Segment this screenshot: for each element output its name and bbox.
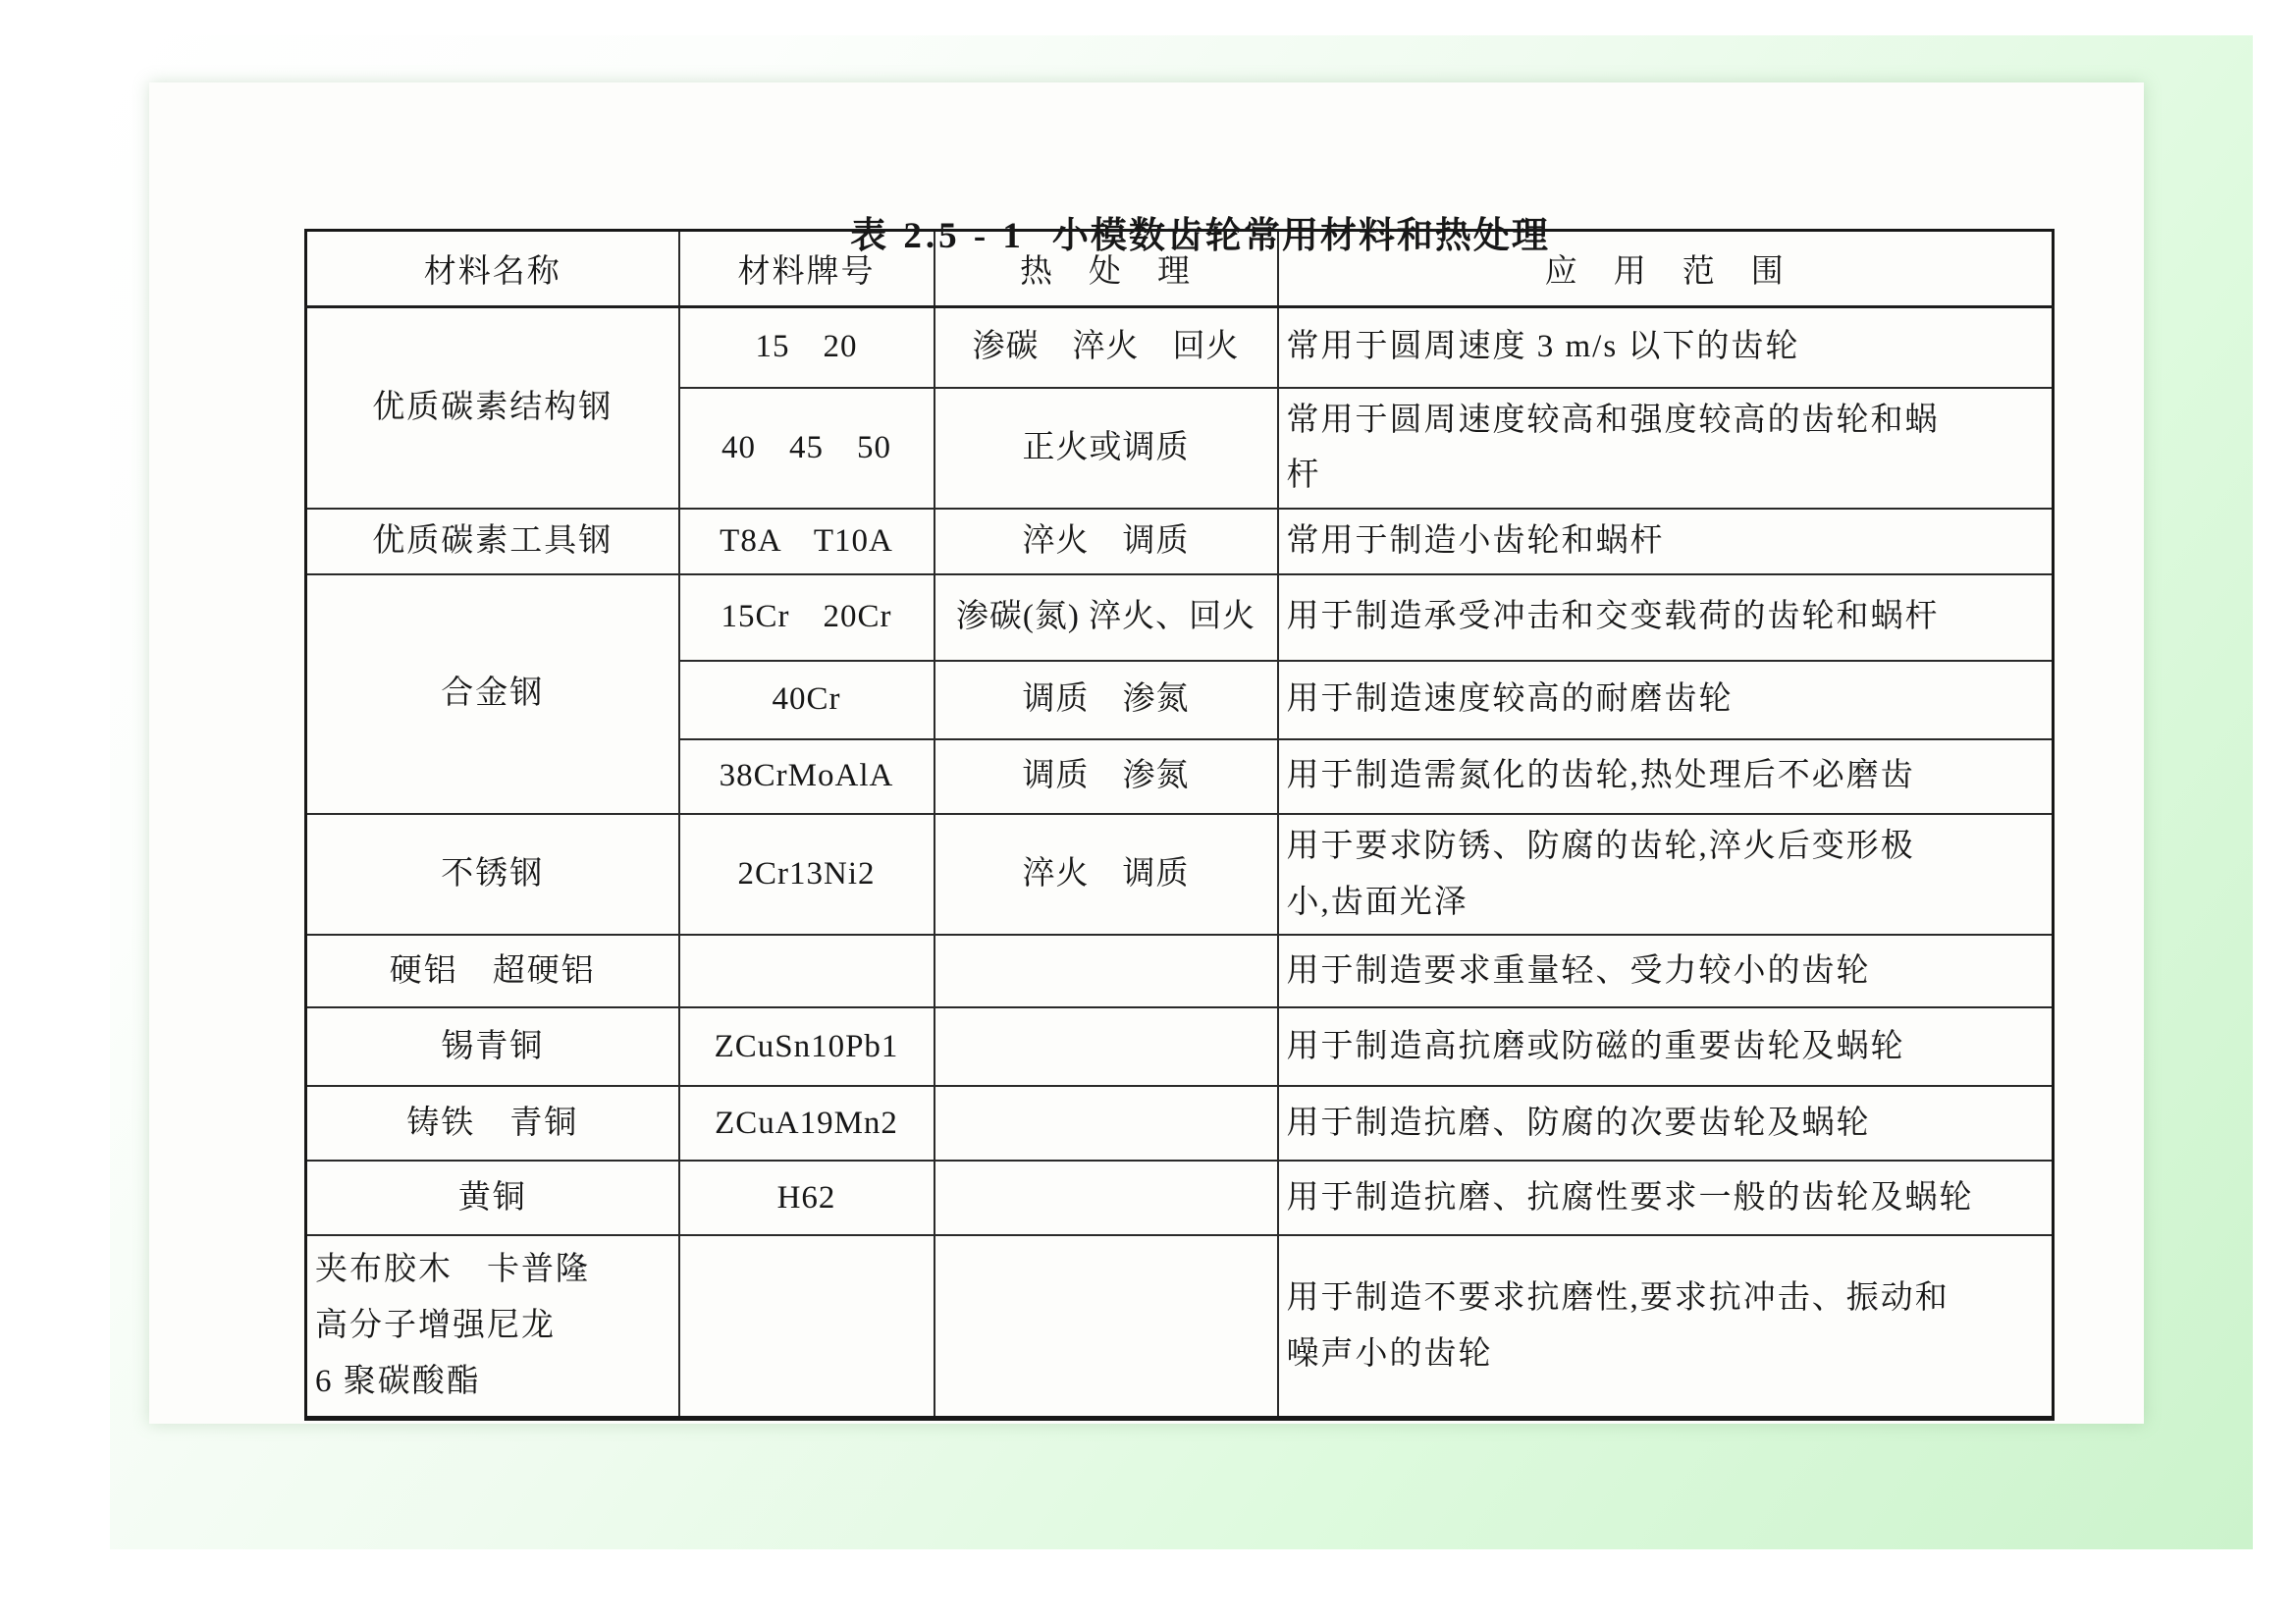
cell-treatment: 淬火 调质 xyxy=(934,814,1278,936)
table-row: 优质碳素工具钢 T8A T10A 淬火 调质 常用于制造小齿轮和蜗杆 xyxy=(306,509,2054,574)
col-header-application: 应 用 范 围 xyxy=(1278,231,2054,307)
cell-treatment: 调质 渗氮 xyxy=(934,739,1278,814)
table-row: 铸铁 青铜 ZCuA19Mn2 用于制造抗磨、防腐的次要齿轮及蜗轮 xyxy=(306,1086,2054,1161)
cell-grade: H62 xyxy=(679,1161,934,1235)
cell-application: 用于制造速度较高的耐磨齿轮 xyxy=(1278,661,2054,739)
cell-material: 铸铁 青铜 xyxy=(306,1086,679,1161)
cell-grade: ZCuSn10Pb1 xyxy=(679,1007,934,1086)
cell-material: 硬铝 超硬铝 xyxy=(306,935,679,1007)
col-header-heat-treatment: 热 处 理 xyxy=(934,231,1278,307)
cell-grade xyxy=(679,1235,934,1418)
cell-grade: 15 20 xyxy=(679,307,934,388)
cell-application: 用于制造不要求抗磨性,要求抗冲击、振动和 噪声小的齿轮 xyxy=(1278,1235,2054,1418)
table-row: 不锈钢 2Cr13Ni2 淬火 调质 用于要求防锈、防腐的齿轮,淬火后变形极 小… xyxy=(306,814,2054,936)
cell-grade: 38CrMoAlA xyxy=(679,739,934,814)
cell-treatment xyxy=(934,1161,1278,1235)
cell-treatment: 调质 渗氮 xyxy=(934,661,1278,739)
cell-grade: ZCuA19Mn2 xyxy=(679,1086,934,1161)
cell-grade: 2Cr13Ni2 xyxy=(679,814,934,936)
table-row: 合金钢 15Cr 20Cr 渗碳(氮) 淬火、回火 用于制造承受冲击和交变载荷的… xyxy=(306,574,2054,661)
cell-material: 不锈钢 xyxy=(306,814,679,936)
cell-application: 常用于制造小齿轮和蜗杆 xyxy=(1278,509,2054,574)
table-row: 夹布胶木 卡普隆 高分子增强尼龙 6 聚碳酸酯 用于制造不要求抗磨性,要求抗冲击… xyxy=(306,1235,2054,1418)
cell-grade: 40Cr xyxy=(679,661,934,739)
cell-material: 合金钢 xyxy=(306,574,679,814)
col-header-material-grade: 材料牌号 xyxy=(679,231,934,307)
cell-treatment: 渗碳 淬火 回火 xyxy=(934,307,1278,388)
cell-application: 用于制造高抗磨或防磁的重要齿轮及蜗轮 xyxy=(1278,1007,2054,1086)
cell-treatment: 正火或调质 xyxy=(934,388,1278,510)
cell-treatment xyxy=(934,1086,1278,1161)
cell-application: 用于制造要求重量轻、受力较小的齿轮 xyxy=(1278,935,2054,1007)
cell-treatment xyxy=(934,935,1278,1007)
materials-table: 材料名称 材料牌号 热 处 理 应 用 范 围 优质碳素结构钢 15 20 渗碳… xyxy=(304,229,2055,1421)
cell-material: 夹布胶木 卡普隆 高分子增强尼龙 6 聚碳酸酯 xyxy=(306,1235,679,1418)
cell-grade: T8A T10A xyxy=(679,509,934,574)
cell-application: 用于制造承受冲击和交变载荷的齿轮和蜗杆 xyxy=(1278,574,2054,661)
table-row: 锡青铜 ZCuSn10Pb1 用于制造高抗磨或防磁的重要齿轮及蜗轮 xyxy=(306,1007,2054,1086)
table-row: 黄铜 H62 用于制造抗磨、抗腐性要求一般的齿轮及蜗轮 xyxy=(306,1161,2054,1235)
table-row: 硬铝 超硬铝 用于制造要求重量轻、受力较小的齿轮 xyxy=(306,935,2054,1007)
cell-material: 锡青铜 xyxy=(306,1007,679,1086)
table-header-row: 材料名称 材料牌号 热 处 理 应 用 范 围 xyxy=(306,231,2054,307)
cell-application: 用于要求防锈、防腐的齿轮,淬火后变形极 小,齿面光泽 xyxy=(1278,814,2054,936)
cell-treatment: 淬火 调质 xyxy=(934,509,1278,574)
scanned-document: 表 2.5 - 1小模数齿轮常用材料和热处理 材料名称 材料牌号 热 处 理 应… xyxy=(0,0,2296,1623)
col-header-material-name: 材料名称 xyxy=(306,231,679,307)
cell-grade: 40 45 50 xyxy=(679,388,934,510)
cell-treatment xyxy=(934,1235,1278,1418)
cell-material: 优质碳素工具钢 xyxy=(306,509,679,574)
cell-grade: 15Cr 20Cr xyxy=(679,574,934,661)
cell-material: 黄铜 xyxy=(306,1161,679,1235)
cell-application: 常用于圆周速度 3 m/s 以下的齿轮 xyxy=(1278,307,2054,388)
table-row: 优质碳素结构钢 15 20 渗碳 淬火 回火 常用于圆周速度 3 m/s 以下的… xyxy=(306,307,2054,388)
cell-application: 用于制造抗磨、抗腐性要求一般的齿轮及蜗轮 xyxy=(1278,1161,2054,1235)
cell-treatment xyxy=(934,1007,1278,1086)
cell-application: 用于制造需氮化的齿轮,热处理后不必磨齿 xyxy=(1278,739,2054,814)
cell-application: 用于制造抗磨、防腐的次要齿轮及蜗轮 xyxy=(1278,1086,2054,1161)
cell-application: 常用于圆周速度较高和强度较高的齿轮和蜗 杆 xyxy=(1278,388,2054,510)
cell-treatment: 渗碳(氮) 淬火、回火 xyxy=(934,574,1278,661)
cell-grade xyxy=(679,935,934,1007)
cell-material: 优质碳素结构钢 xyxy=(306,307,679,510)
